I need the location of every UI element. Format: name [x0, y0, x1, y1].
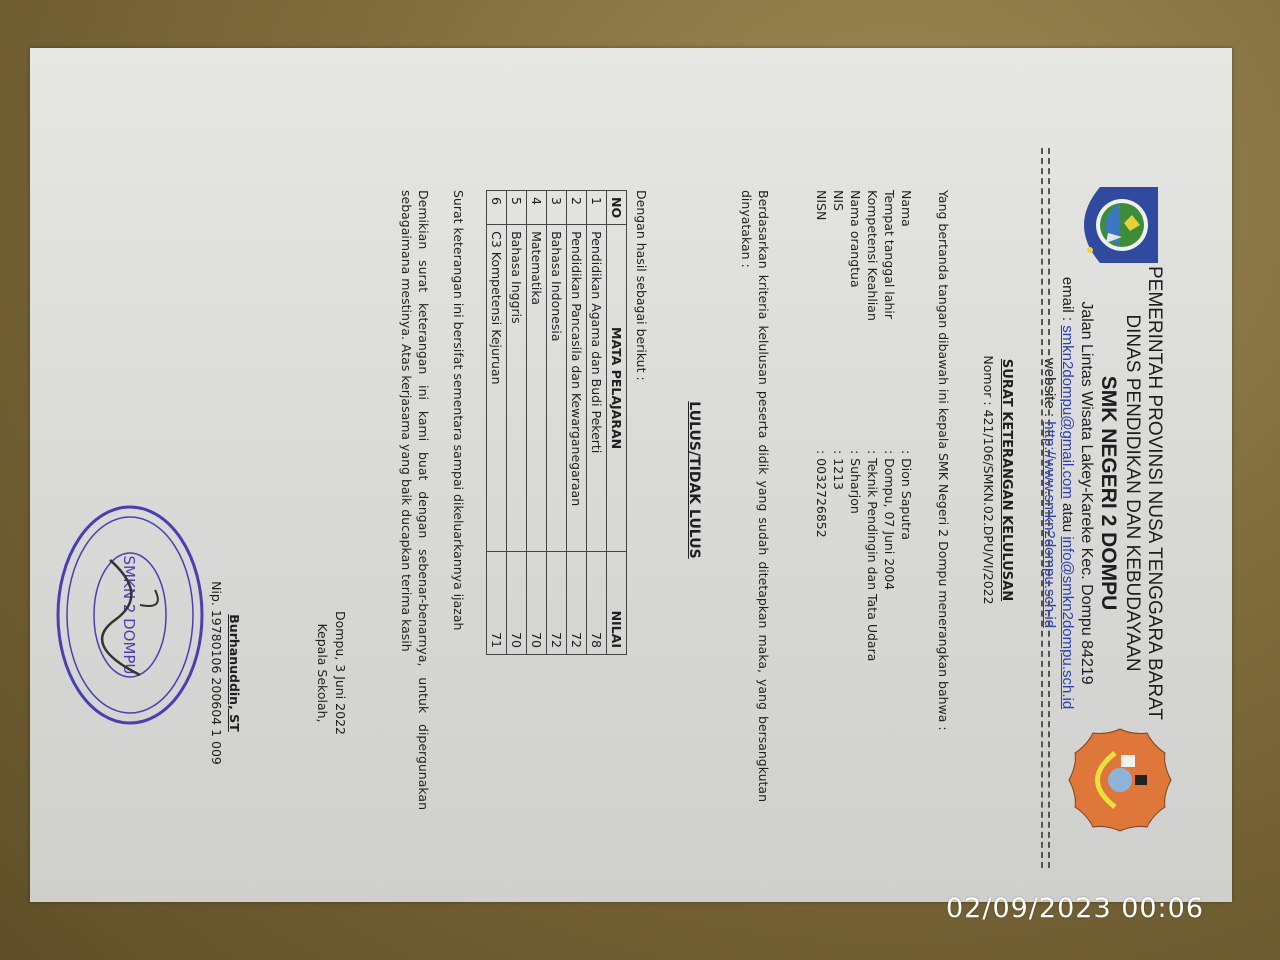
- letterhead-divider: [1041, 148, 1050, 868]
- email-link-gmail[interactable]: smkn2dompu@gmail.com: [1059, 325, 1076, 499]
- letter-number: Nomor : 421/106/SMKN.02.DPU/VI/2022: [981, 190, 996, 770]
- signer-position: Kepala Sekolah,: [313, 558, 331, 788]
- table-row: 6C3 Kompetensi Kejuruan71: [487, 191, 507, 655]
- school-address: Jalan Lintas Wisata Lakey-Kareke Kec. Do…: [1076, 248, 1096, 738]
- student-identity: Nama: Dion Saputra Tempat tanggal lahir:…: [812, 190, 914, 661]
- verdict-fail-struck: TIDAK LULUS: [686, 456, 702, 559]
- intro-text: Yang bertanda tangan dibawah ini kepala …: [936, 190, 951, 870]
- photo-timestamp: 02/09/2023 00:06: [946, 893, 1204, 924]
- temporary-note: Surat keterangan ini bersifat sementara …: [451, 190, 466, 630]
- identity-row: Kompetensi Keahlian: Teknik Pendingin da…: [863, 190, 880, 661]
- letter-title: SURAT KETERANGAN KELULUSAN: [999, 190, 1014, 770]
- table-row: 5Bahasa Inggris70: [507, 191, 527, 655]
- email-link-school[interactable]: info@smkn2dompu.sch.id: [1059, 536, 1076, 709]
- government-line: PEMERINTAH PROVINSI NUSA TENGGARA BARAT: [1143, 248, 1166, 738]
- graduation-verdict: LULUS/TIDAK LULUS: [686, 190, 702, 770]
- header-no: NO: [607, 191, 627, 225]
- identity-row: Nama orangtua: Suharjon: [846, 190, 863, 661]
- verdict-pass: LULUS/: [686, 401, 702, 456]
- table-header-row: NO MATA PELAJARAN NILAI: [607, 191, 627, 655]
- table-row: 1Pendidikan Agama dan Budi Pekerti78: [587, 191, 607, 655]
- signature-block: Dompu, 3 Juni 2022 Kepala Sekolah, Burha…: [207, 558, 349, 788]
- identity-row: Nama: Dion Saputra: [897, 190, 914, 661]
- place-date: Dompu, 3 Juni 2022: [331, 558, 349, 788]
- header-subject: MATA PELAJARAN: [607, 225, 627, 552]
- results-intro: Dengan hasil sebagai berikut :: [634, 190, 649, 381]
- closing-text: Demikian surat keterangan ini kami buat …: [398, 190, 432, 810]
- criteria-text: Berdasarkan kriteria kelulusan peserta d…: [738, 190, 772, 802]
- school-emblem-icon: [1065, 725, 1175, 835]
- grades-table: NO MATA PELAJARAN NILAI 1Pendidikan Agam…: [486, 190, 627, 655]
- signer-nip: Nip. 19780106 200604 1 009: [207, 558, 225, 788]
- official-stamp: SMKN 2 DOMPU: [50, 500, 210, 730]
- signer-name: Burhanuddin, ST: [225, 558, 243, 788]
- letterhead: PEMERINTAH PROVINSI NUSA TENGGARA BARAT …: [1040, 248, 1166, 738]
- email-label: email :: [1059, 277, 1076, 321]
- table-row: 4Matematika70: [527, 191, 547, 655]
- email-or: atau: [1059, 503, 1076, 532]
- identity-row: Tempat tanggal lahir: Dompu, 07 Juni 200…: [880, 190, 897, 661]
- table-row: 2Pendidikan Pancasila dan Kewarganegaraa…: [567, 191, 587, 655]
- header-score: NILAI: [607, 552, 627, 655]
- identity-row: NIS: 1213: [829, 190, 846, 661]
- school-name: SMK NEGERI 2 DOMPU: [1096, 248, 1121, 738]
- identity-row: NISN: 0032726852: [812, 190, 829, 661]
- certificate-paper: PEMERINTAH PROVINSI NUSA TENGGARA BARAT …: [30, 48, 1232, 902]
- department-line: DINAS PENDIDIKAN DAN KEBUDAYAAN: [1121, 248, 1143, 738]
- email-line: email : smkn2dompu@gmail.com atau info@s…: [1058, 248, 1076, 738]
- table-row: 3Bahasa Indonesia72: [547, 191, 567, 655]
